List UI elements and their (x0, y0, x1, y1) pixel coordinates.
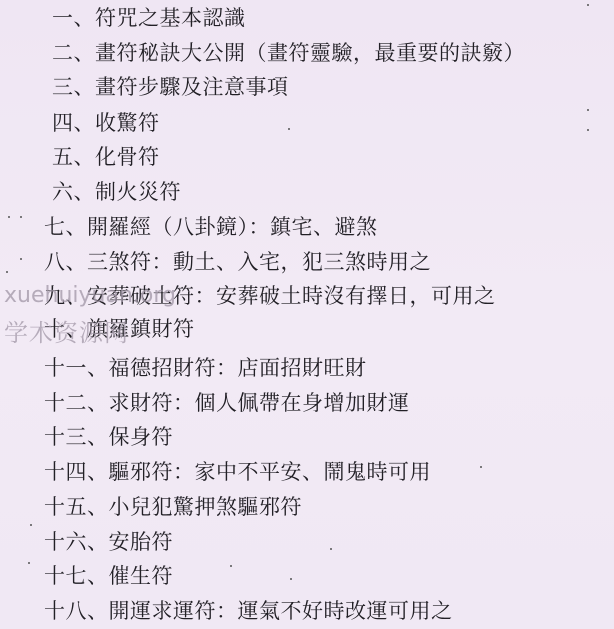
scan-speck (20, 216, 22, 218)
item-separator: 、 (66, 317, 88, 341)
toc-item-15: 十五、小兒犯驚押煞驅邪符 (44, 494, 302, 520)
item-title: 旗羅鎮財符 (87, 317, 195, 341)
item-number: 一 (52, 6, 74, 30)
item-number: 八 (44, 250, 66, 274)
item-title: 三煞符 (87, 250, 152, 274)
item-separator: 、 (66, 284, 88, 308)
toc-item-16: 十六、安胎符 (44, 529, 173, 555)
scan-speck (20, 258, 22, 260)
item-description: ：店面招財旺財 (216, 356, 367, 380)
toc-item-11: 十一、福德招財符：店面招財旺財 (44, 355, 367, 381)
item-number: 十三 (44, 425, 87, 449)
item-title: 開羅經（八卦鏡） (87, 215, 249, 239)
item-separator: 、 (87, 425, 109, 449)
item-separator: 、 (87, 530, 109, 554)
item-separator: 、 (87, 460, 109, 484)
toc-item-17: 十七、催生符 (44, 563, 173, 589)
item-number: 十七 (44, 564, 87, 588)
item-description: ：動土、入宅，犯三煞時用之 (152, 250, 432, 274)
item-title: 畫符步驟及注意事項 (95, 75, 289, 99)
item-description: （畫符靈驗，最重要的訣竅） (246, 41, 526, 65)
item-number: 四 (52, 111, 74, 135)
item-title: 保身符 (109, 425, 174, 449)
toc-item-5: 五、化骨符 (52, 144, 160, 170)
toc-item-18: 十八、開運求運符：運氣不好時改運可用之 (44, 598, 453, 624)
item-number: 十五 (44, 495, 87, 519)
item-number: 十一 (44, 356, 87, 380)
item-title: 化骨符 (95, 145, 160, 169)
item-title: 催生符 (109, 564, 174, 588)
scan-speck (6, 271, 8, 273)
scan-speck (230, 565, 232, 567)
toc-item-1: 一、符咒之基本認識 (52, 5, 246, 31)
toc-item-4: 四、收驚符 (52, 110, 160, 136)
toc-item-14: 十四、驅邪符：家中不平安、鬧鬼時可用 (44, 459, 431, 485)
item-description: ：家中不平安、鬧鬼時可用 (173, 460, 431, 484)
item-separator: 、 (87, 599, 109, 623)
item-title: 符咒之基本認識 (95, 6, 246, 30)
item-separator: 、 (74, 180, 96, 204)
scan-speck (587, 4, 589, 6)
toc-item-2: 二、畫符秘訣大公開（畫符靈驗，最重要的訣竅） (52, 40, 525, 66)
scan-speck (490, 296, 492, 298)
item-title: 安胎符 (109, 530, 174, 554)
item-description: ：運氣不好時改運可用之 (216, 599, 453, 623)
item-description: ：安葬破土時沒有擇日，可用之 (195, 284, 496, 308)
item-separator: 、 (74, 75, 96, 99)
scan-speck (587, 109, 589, 111)
item-number: 九 (44, 284, 66, 308)
item-separator: 、 (87, 564, 109, 588)
item-number: 十二 (44, 391, 87, 415)
item-separator: 、 (74, 41, 96, 65)
toc-item-12: 十二、求財符：個人佩帶在身增加財運 (44, 390, 410, 416)
item-number: 五 (52, 145, 74, 169)
item-separator: 、 (87, 356, 109, 380)
item-title: 福德招財符 (109, 356, 217, 380)
toc-item-8: 八、三煞符：動土、入宅，犯三煞時用之 (44, 249, 431, 275)
scan-speck (290, 578, 292, 580)
item-title: 驅邪符 (109, 460, 174, 484)
item-title: 收驚符 (95, 111, 160, 135)
toc-item-7: 七、開羅經（八卦鏡）：鎮宅、避煞 (44, 214, 378, 240)
item-title: 安葬破土符 (87, 284, 195, 308)
item-separator: 、 (74, 145, 96, 169)
toc-item-9: 九、安葬破土符：安葬破土時沒有擇日，可用之 (44, 283, 496, 309)
item-separator: 、 (74, 6, 96, 30)
toc-item-6: 六、制火災符 (52, 179, 181, 205)
item-separator: 、 (66, 250, 88, 274)
scan-speck (288, 128, 290, 130)
item-title: 畫符秘訣大公開 (95, 41, 246, 65)
item-title: 小兒犯驚押煞驅邪符 (109, 495, 303, 519)
scanned-page: 一、符咒之基本認識 二、畫符秘訣大公開（畫符靈驗，最重要的訣竅） 三、畫符步驟及… (0, 0, 614, 629)
item-title: 制火災符 (95, 180, 181, 204)
item-description: ：個人佩帶在身增加財運 (173, 391, 410, 415)
item-number: 十 (44, 317, 66, 341)
item-number: 十八 (44, 599, 87, 623)
item-title: 求財符 (109, 391, 174, 415)
scan-speck (480, 466, 482, 468)
toc-item-3: 三、畫符步驟及注意事項 (52, 74, 289, 100)
item-number: 十四 (44, 460, 87, 484)
item-number: 二 (52, 41, 74, 65)
scan-speck (30, 524, 32, 526)
item-separator: 、 (87, 495, 109, 519)
scan-speck (587, 129, 589, 131)
toc-item-10: 十、旗羅鎮財符 (44, 316, 195, 342)
item-number: 十六 (44, 530, 87, 554)
item-separator: 、 (66, 215, 88, 239)
item-number: 六 (52, 180, 74, 204)
item-separator: 、 (87, 391, 109, 415)
item-description: ：鎮宅、避煞 (249, 215, 378, 239)
item-title: 開運求運符 (109, 599, 217, 623)
scan-speck (28, 562, 30, 564)
item-separator: 、 (74, 111, 96, 135)
toc-item-13: 十三、保身符 (44, 424, 173, 450)
item-number: 三 (52, 75, 74, 99)
scan-speck (8, 216, 10, 218)
item-number: 七 (44, 215, 66, 239)
scan-speck (330, 548, 332, 550)
